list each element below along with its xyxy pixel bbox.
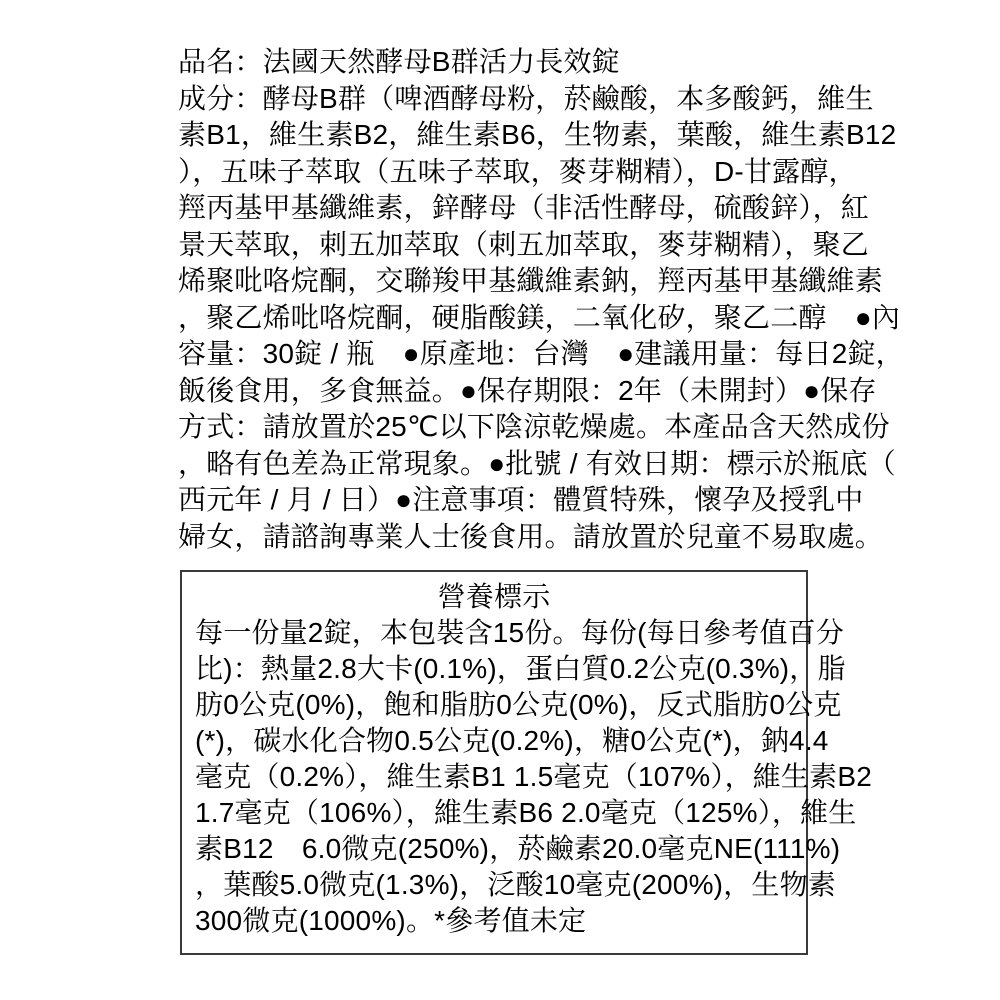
ingredients-line: 成分：酵母B群（啤酒酵母粉，菸鹼酸，本多酸鈣，維生 [178, 81, 828, 118]
product-info-text: 品名：法國天然酵母B群活力長效錠 成分：酵母B群（啤酒酵母粉，菸鹼酸，本多酸鈣，… [178, 44, 828, 555]
usage-line: 飯後食用，多食無益。●保存期限：2年（未開封）●保存 [178, 373, 828, 410]
caution-line: 西元年 / 月 / 日）●注意事項：體質特殊，懷孕及授乳中 [178, 482, 828, 519]
nutrition-line: ，葉酸5.0微克(1.3%)，泛酸10毫克(200%)，生物素 [195, 867, 800, 903]
product-label-sheet: 品名：法國天然酵母B群活力長效錠 成分：酵母B群（啤酒酵母粉，菸鹼酸，本多酸鈣，… [0, 0, 1000, 1000]
nutrition-line: (*)，碳水化合物0.5公克(0.2%)，糖0公克(*)，鈉4.4 [195, 723, 800, 759]
storage-line: 方式：請放置於25℃以下陰涼乾燥處。本產品含天然成份 [178, 409, 828, 446]
nutrition-line: 300微克(1000%)。*參考值未定 [195, 903, 800, 939]
nutrition-line: 素B12 6.0微克(250%)，菸鹼素20.0毫克NE(111%) [195, 831, 800, 867]
batch-number-line: ，略有色差為正常現象。●批號 / 有效日期：標示於瓶底（ [178, 446, 828, 483]
ingredients-line: ），五味子萃取（五味子萃取，麥芽糊精），D-甘露醇， [178, 154, 828, 191]
nutrition-facts-title: 營養標示 [182, 579, 806, 615]
nutrition-line: 肪0公克(0%)，飽和脂肪0公克(0%)，反式脂肪0公克 [195, 687, 800, 723]
ingredients-line: 景天萃取，刺五加萃取（刺五加萃取，麥芽糊精），聚乙 [178, 227, 828, 264]
nutrition-line: 比)：熱量2.8大卡(0.1%)，蛋白質0.2公克(0.3%)，脂 [195, 651, 800, 687]
nutrition-facts-box: 營養標示 每一份量2錠，本包裝含15份。每份(每日參考值百分 比)：熱量2.8大… [180, 570, 808, 955]
nutrition-facts-text: 每一份量2錠，本包裝含15份。每份(每日參考值百分 比)：熱量2.8大卡(0.1… [182, 615, 806, 939]
nutrition-line: 1.7毫克（106%），維生素B6 2.0毫克（125%），維生 [195, 795, 800, 831]
ingredients-line: ，聚乙烯吡咯烷酮，硬脂酸鎂，二氧化矽，聚乙二醇 ●內 [178, 300, 828, 337]
content-volume-line: 容量：30錠 / 瓶 ●原產地：台灣 ●建議用量：每日2錠， [178, 336, 828, 373]
nutrition-line: 毫克（0.2%），維生素B1 1.5毫克（107%），維生素B2 [195, 759, 800, 795]
ingredients-line: 素B1，維生素B2，維生素B6，生物素，葉酸，維生素B12 [178, 117, 828, 154]
nutrition-line: 每一份量2錠，本包裝含15份。每份(每日參考值百分 [195, 615, 800, 651]
ingredients-line: 羥丙基甲基纖維素，鋅酵母（非活性酵母，硫酸鋅），紅 [178, 190, 828, 227]
product-name-line: 品名：法國天然酵母B群活力長效錠 [178, 44, 828, 81]
caution-line: 婦女，請諮詢專業人士後食用。請放置於兒童不易取處。 [178, 519, 828, 556]
ingredients-line: 烯聚吡咯烷酮，交聯羧甲基纖維素鈉，羥丙基甲基纖維素 [178, 263, 828, 300]
